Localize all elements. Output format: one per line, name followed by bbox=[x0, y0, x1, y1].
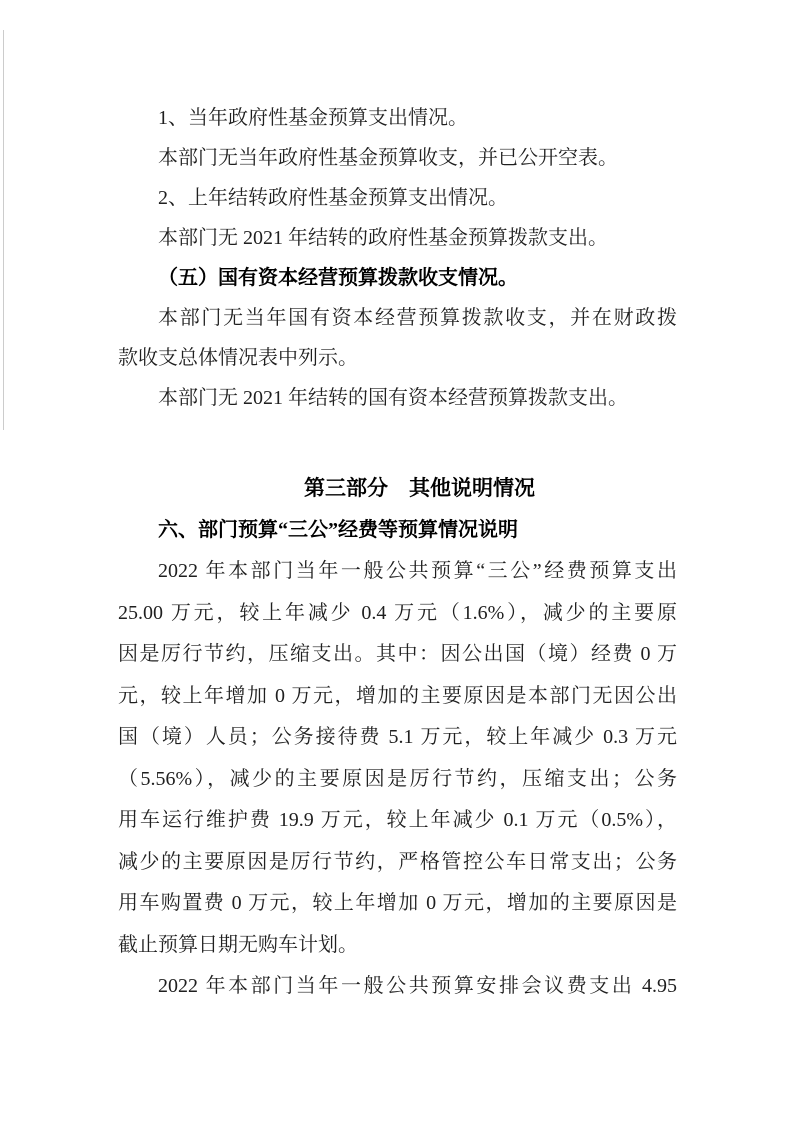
text-line: 国（境）人员；公务接待费 5.1 万元，较上年减少 0.3 万元 bbox=[118, 717, 677, 759]
text-line: 因是厉行节约，压缩支出。其中：因公出国（境）经费 0 万 bbox=[118, 634, 677, 676]
blank-line bbox=[118, 418, 677, 468]
part-three-title: 第三部分 其他说明情况 bbox=[118, 468, 677, 510]
text-line: 本部门无 2021 年结转的国有资本经营预算拨款支出。 bbox=[118, 378, 677, 418]
text-line: 本部门无当年政府性基金预算收支，并已公开空表。 bbox=[118, 138, 677, 178]
heading-section-5: （五）国有资本经营预算拨款收支情况。 bbox=[118, 258, 677, 298]
text-block: 1、当年政府性基金预算支出情况。本部门无当年政府性基金预算收支，并已公开空表。2… bbox=[118, 98, 677, 1008]
text-line: 元，较上年增加 0 万元，增加的主要原因是本部门无因公出 bbox=[118, 676, 677, 718]
scan-edge-artifact bbox=[3, 30, 4, 430]
text-line: 2022 年本部门当年一般公共预算安排会议费支出 4.95 bbox=[118, 966, 677, 1008]
text-line: 25.00 万元，较上年减少 0.4 万元（1.6%），减少的主要原 bbox=[118, 593, 677, 635]
document-page: 1、当年政府性基金预算支出情况。本部门无当年政府性基金预算收支，并已公开空表。2… bbox=[0, 0, 793, 1122]
heading-section-6: 六、部门预算“三公”经费等预算情况说明 bbox=[118, 510, 677, 552]
text-line: 本部门无当年国有资本经营预算拨款收支，并在财政拨 bbox=[118, 298, 677, 338]
text-line: 用车运行维护费 19.9 万元，较上年减少 0.1 万元（0.5%）， bbox=[118, 800, 677, 842]
text-line: 用车购置费 0 万元，较上年增加 0 万元，增加的主要原因是 bbox=[118, 883, 677, 925]
text-line: 本部门无 2021 年结转的政府性基金预算拨款支出。 bbox=[118, 218, 677, 258]
text-line: 2022 年本部门当年一般公共预算“三公”经费预算支出 bbox=[118, 551, 677, 593]
text-line: 款收支总体情况表中列示。 bbox=[118, 338, 677, 378]
text-line: 截止预算日期无购车计划。 bbox=[118, 925, 677, 967]
text-line: 2、上年结转政府性基金预算支出情况。 bbox=[118, 178, 677, 218]
text-line: 减少的主要原因是厉行节约，严格管控公车日常支出；公务 bbox=[118, 842, 677, 884]
text-line: （5.56%），减少的主要原因是厉行节约，压缩支出；公务 bbox=[118, 759, 677, 801]
text-line: 1、当年政府性基金预算支出情况。 bbox=[118, 98, 677, 138]
